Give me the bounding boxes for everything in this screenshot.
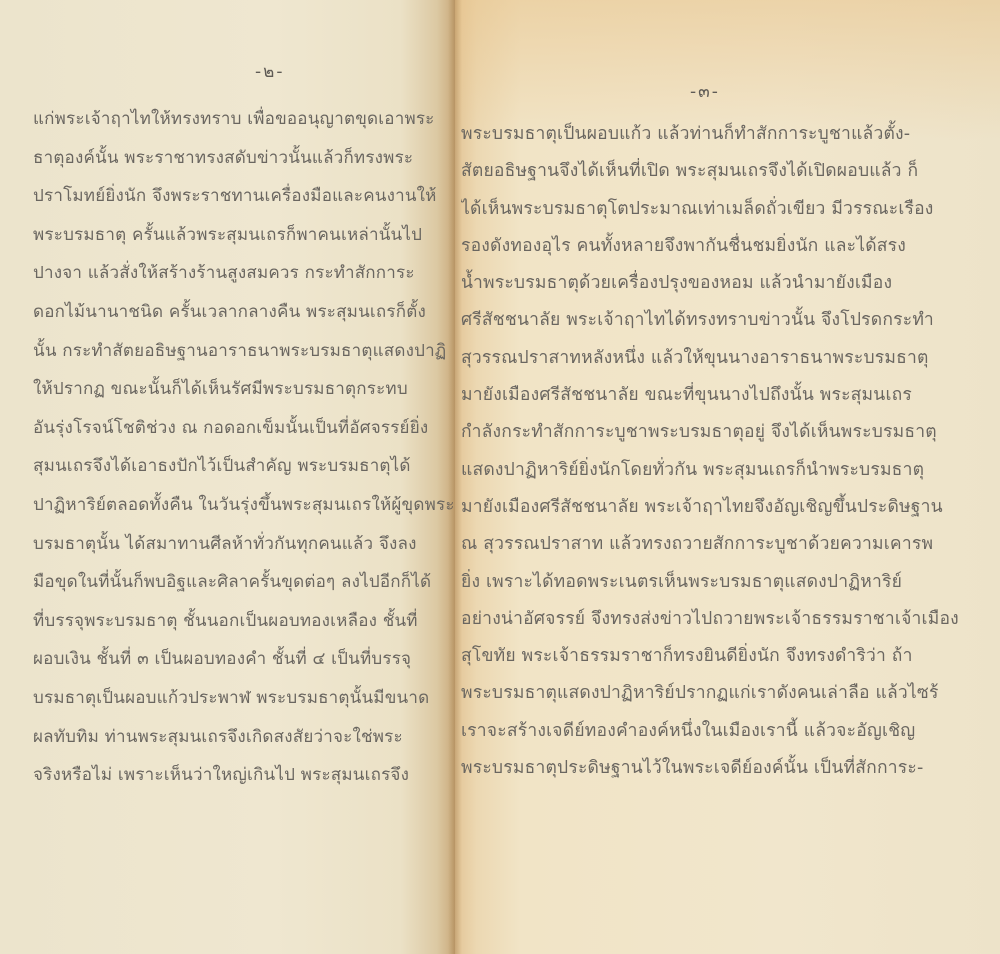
text-line: พระบรมธาตุ ครั้นแล้วพระสุมนเถรก็พาคนเหล่…	[33, 216, 455, 255]
text-line: ดอกไม้นานาชนิด ครั้นเวลากลางคืน พระสุมนเ…	[33, 293, 455, 332]
text-line: ที่บรรจุพระบรมธาตุ ชั้นนอกเป็นผอบทองเหลื…	[33, 602, 455, 641]
text-line: ให้ปรากฏ ขณะนั้นก็ได้เห็นรัศมีพระบรมธาตุ…	[33, 370, 455, 409]
text-line: ยิ่ง เพราะได้ทอดพระเนตรเห็นพระบรมธาตุแสด…	[461, 564, 981, 601]
text-line: รองดังทองอุไร คนทั้งหลายจึงพากันชื่นชมยิ…	[461, 228, 981, 265]
text-line: สุมนเถรจึงได้เอาธงปักไว้เป็นสำคัญ พระบรม…	[33, 447, 455, 486]
left-page: -๒- แก่พระเจ้าฤาไทให้ทรงทราบ เพื่อขออนุญ…	[0, 0, 455, 954]
page-body-text: แก่พระเจ้าฤาไทให้ทรงทราบ เพื่อขออนุญาตขุ…	[33, 100, 455, 795]
text-line: ปาฏิหาริย์ตลอดทั้งคืน ในวันรุ่งขึ้นพระสุ…	[33, 486, 455, 525]
text-line: ณ สุวรรณปราสาท แล้วทรงถวายสักการะบูชาด้ว…	[461, 526, 981, 563]
text-line: ปราโมทย์ยิ่งนัก จึงพระราชทานเครื่องมือแล…	[33, 177, 455, 216]
text-line: แก่พระเจ้าฤาไทให้ทรงทราบ เพื่อขออนุญาตขุ…	[33, 100, 455, 139]
text-line: จริงหรือไม่ เพราะเห็นว่าใหญ่เกินไป พระสุ…	[33, 756, 455, 795]
right-page: -๓- พระบรมธาตุเป็นผอบแก้ว แล้วท่านก็ทำสั…	[455, 0, 1000, 954]
text-line: แสดงปาฏิหาริย์ยิ่งนักโดยทั่วกัน พระสุมนเ…	[461, 452, 981, 489]
text-line: อันรุ่งโรจน์โชติช่วง ณ กอดอกเข็มนั้นเป็น…	[33, 409, 455, 448]
text-line: ได้เห็นพระบรมธาตุโตประมาณเท่าเมล็ดถั่วเข…	[461, 191, 981, 228]
page-number: -๓-	[690, 78, 720, 105]
text-line: บรมธาตุเป็นผอบแก้วประพาฬ พระบรมธาตุนั้นม…	[33, 679, 455, 718]
text-line: นั้น กระทำสัตยอธิษฐานอาราธนาพระบรมธาตุแส…	[33, 332, 455, 371]
text-line: กำลังกระทำสักการะบูชาพระบรมธาตุอยู่ จึงไ…	[461, 414, 981, 451]
text-line: พระบรมธาตุเป็นผอบแก้ว แล้วท่านก็ทำสักการ…	[461, 116, 981, 153]
text-line: สุวรรณปราสาทหลังหนึ่ง แล้วให้ขุนนางอาราธ…	[461, 340, 981, 377]
text-line: อย่างน่าอัศจรรย์ จึงทรงส่งข่าวไปถวายพระเ…	[461, 601, 981, 638]
page-number: -๒-	[255, 58, 284, 85]
text-line: ผอบเงิน ชั้นที่ ๓ เป็นผอบทองคำ ชั้นที่ ๔…	[33, 640, 455, 679]
text-line: ผลทับทิม ท่านพระสุมนเถรจึงเกิดสงสัยว่าจะ…	[33, 718, 455, 757]
open-book-spread: -๒- แก่พระเจ้าฤาไทให้ทรงทราบ เพื่อขออนุญ…	[0, 0, 1000, 954]
page-body-text: พระบรมธาตุเป็นผอบแก้ว แล้วท่านก็ทำสักการ…	[461, 116, 981, 787]
text-line: ธาตุองค์นั้น พระราชาทรงสดับข่าวนั้นแล้วก…	[33, 139, 455, 178]
text-line: ปางจา แล้วสั่งให้สร้างร้านสูงสมควร กระทำ…	[33, 254, 455, 293]
text-line: มายังเมืองศรีสัชชนาลัย ขณะที่ขุนนางไปถึง…	[461, 377, 981, 414]
text-line: เราจะสร้างเจดีย์ทองคำองค์หนึ่งในเมืองเรา…	[461, 713, 981, 750]
text-line: มือขุดในที่นั้นก็พบอิฐและศิลาครั้นขุดต่อ…	[33, 563, 455, 602]
text-line: พระบรมธาตุแสดงปาฏิหาริย์ปรากฏแก่เราดังคน…	[461, 675, 981, 712]
text-line: สัตยอธิษฐานจึงได้เห็นที่เปิด พระสุมนเถรจ…	[461, 153, 981, 190]
text-line: มายังเมืองศรีสัชชนาลัย พระเจ้าฤาไทยจึงอั…	[461, 489, 981, 526]
book-gutter	[448, 0, 462, 954]
text-line: ศรีสัชชนาลัย พระเจ้าฤาไทได้ทรงทราบข่าวนั…	[461, 302, 981, 339]
text-line: บรมธาตุนั้น ได้สมาทานศีลห้าทั่วกันทุกคนแ…	[33, 525, 455, 564]
text-line: น้ำพระบรมธาตุด้วยเครื่องปรุงของหอม แล้วน…	[461, 265, 981, 302]
text-line: พระบรมธาตุประดิษฐานไว้ในพระเจดีย์องค์นั้…	[461, 750, 981, 787]
text-line: สุโขทัย พระเจ้าธรรมราชาก็ทรงยินดียิ่งนัก…	[461, 638, 981, 675]
